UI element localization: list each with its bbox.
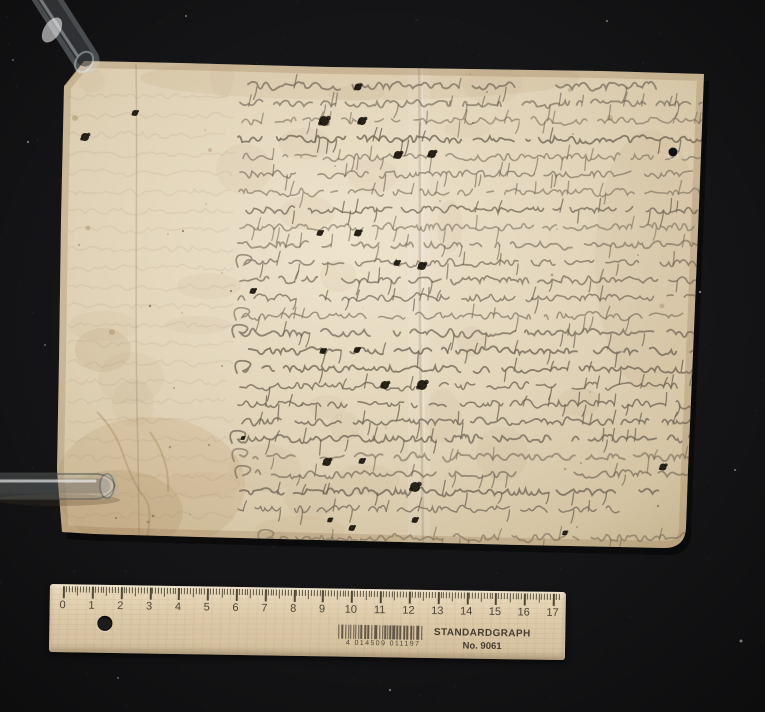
ruler-tick [221,589,222,598]
ruler-tick [377,591,378,597]
ruler-tick [250,589,251,598]
ink-speck [580,462,582,464]
dust-speck [389,689,391,691]
ink-blot-satellite [360,229,363,232]
ruler-tick [524,593,526,605]
ruler-tick [92,587,94,599]
ruler-tick [262,589,263,595]
ink-blot-satellite [363,458,366,461]
ruler-tick [328,590,329,596]
ruler-tick [469,593,470,599]
ink-speck [657,505,659,507]
ink-blot-satellite [358,461,360,463]
ruler-tick [305,590,306,596]
ink-speck [486,91,488,93]
ruler-tick [181,588,182,594]
ruler-tick [164,588,165,597]
ink-blot-satellite [87,133,91,137]
ink-blot-satellite [321,230,324,233]
ink-speck [301,404,303,406]
ink-blot-satellite [136,110,139,113]
ruler-tick [207,588,209,600]
ruler-tick [106,587,107,596]
ink-blot-satellite [357,121,360,124]
ink-speck [406,496,408,498]
ink-speck [189,513,190,514]
ruler-tick [279,590,280,599]
ruler-tick [354,591,355,597]
ruler-tick [492,593,493,599]
ruler-tick [435,592,436,598]
ink-speck [556,228,557,229]
ruler-tick [458,592,459,598]
ruler-tick [357,591,358,597]
ink-speck [381,195,382,196]
barcode-bar [379,625,380,639]
ink-blot-satellite [364,117,368,121]
ruler-hole [97,616,112,631]
ink-speck [204,129,205,130]
ruler-tick [296,590,297,596]
ruler-tick [253,589,254,595]
ruler-tick [69,586,70,592]
dust-speck [606,20,608,22]
ink-speck [230,290,232,292]
ruler-tick [380,591,382,603]
barcode-bar [410,626,412,640]
ruler-number-6: 6 [232,602,238,614]
ink-speck [386,481,387,482]
ink-speck [78,244,80,246]
dust-speck [185,15,187,17]
ink-speck [637,254,639,256]
ruler-tick [412,592,413,598]
dust-speck [734,469,736,471]
ruler-tick [437,592,439,604]
ruler-tick [169,588,170,594]
ink-speck [589,391,591,393]
ruler-tick [475,593,476,599]
ruler-tick [314,590,315,596]
ruler-tick [63,586,65,598]
ruler-number-16: 16 [517,606,529,618]
ruler-tick [466,593,468,605]
ruler-tick [351,591,353,603]
barcode-bars [336,625,430,640]
ruler-tick [256,589,257,595]
mottle-patch [216,144,272,194]
ruler-tick [533,594,534,600]
dust-speck [27,141,29,143]
ruler-tick [547,594,548,600]
ink-blot-satellite [665,463,668,466]
ruler-tick [158,588,159,594]
ruler-tick [449,592,450,598]
ink-blot-satellite [434,150,438,154]
ink-blot-satellite [353,350,355,352]
ruler-tick [443,592,444,598]
barcode-bar [371,625,372,639]
ink-speck [463,433,464,434]
ruler-tick [397,591,398,597]
ruler-tick [472,593,473,599]
barcode-bar [421,626,422,640]
ruler-tick [267,589,268,595]
ruler-number-3: 3 [146,601,152,613]
barcode-bar [399,625,401,639]
ruler-tick [293,590,295,602]
ruler-tick [80,586,81,592]
ruler-tick [138,587,139,593]
ink-speck [659,151,660,152]
ruler-number-15: 15 [489,606,501,618]
ruler-tick [512,593,513,599]
ruler-tick [365,591,366,600]
ruler-tick [224,589,225,595]
ruler-tick [97,587,98,593]
ruler-tick [100,587,101,593]
ruler-tick [276,590,277,596]
ink-blot-satellite [131,113,133,115]
ink-blot-satellite [319,351,321,353]
ruler-tick [71,586,72,592]
ruler-tick [247,589,248,595]
barcode-bar [341,625,343,639]
ruler-tick [345,591,346,597]
ruler-tick [190,588,191,594]
ruler-tick [423,592,424,601]
ruler-tick [498,593,499,599]
ruler-tick [86,587,87,593]
dust-speck [117,677,119,679]
ink-blot-satellite [387,381,391,385]
ruler-tick [83,587,84,593]
ruler-tick [363,591,364,597]
ink-blot-satellite [241,438,243,440]
ruler-tick [233,589,234,595]
ink-blot-satellite [566,530,568,532]
ruler-tick [478,593,479,599]
ruler-number-1: 1 [88,600,94,612]
ink-blot-satellite [322,462,325,465]
ruler-tick [316,590,317,596]
ruler-tick [135,587,136,596]
ruler-tick [509,593,510,602]
ink-speck [564,468,567,471]
ruler-tick [420,592,421,598]
ruler-tick [383,591,384,597]
ink-speck [181,312,182,313]
barcode-bar [384,625,386,639]
ink-blot-satellite [348,528,350,530]
ruler-tick [288,590,289,596]
barcode-bar [406,626,408,640]
ink-speck [149,305,152,308]
ruler-tick [149,588,151,600]
ruler-number-17: 17 [546,607,558,619]
barcode-bar [416,626,419,640]
ruler-tick [112,587,113,593]
ruler-tick [236,589,238,601]
barcode-digits: 4 014509 011197 [336,640,430,648]
barcode-bar [403,626,405,640]
ruler-tick [538,594,539,603]
ruler-tick [270,589,271,595]
ruler-tick [184,588,185,594]
ruler-tick [322,590,324,602]
ruler-tick [417,592,418,598]
ruler-tick [535,594,536,600]
ink-speck [439,200,441,202]
ruler-number-2: 2 [117,600,123,612]
ruler-tick [481,593,482,602]
ruler-tick [527,593,528,599]
ink-blot-satellite [244,436,246,438]
barcode-bar [338,625,339,639]
ruler-tick [319,590,320,596]
ink-blot-satellite [358,347,361,350]
ruler-tick [144,587,145,593]
ruler-tick [429,592,430,598]
ink-blot-satellite [416,386,420,390]
ruler-tick [515,593,516,599]
ruler-tick [334,590,335,596]
ruler-tick [230,589,231,595]
ruler-number-5: 5 [204,601,210,613]
ruler-tick [77,586,78,595]
ruler-tick [308,590,309,599]
ink-speck [287,196,288,197]
ink-blot-satellite [327,520,329,522]
ruler-tick [273,590,274,596]
ruler-tick [118,587,119,593]
ruler-tick [282,590,283,596]
ink-speck [300,156,302,158]
ruler-tick [391,591,392,597]
ruler-tick [487,593,488,599]
ruler-tick [242,589,243,595]
ruler-tick [195,588,196,594]
ink-blot-satellite [659,467,662,470]
ruler-number-11: 11 [374,604,386,616]
ink-speck [385,427,387,429]
ruler-tick [507,593,508,599]
ink-blot-satellite [416,517,419,520]
ruler-tick [371,591,372,597]
ruler-tick [244,589,245,595]
ruler-tick [239,589,240,595]
ink-blot-satellite [324,348,327,351]
ruler-tick [299,590,300,596]
ruler-tick [432,592,433,598]
ruler-tick [302,590,303,596]
ink-blot-satellite [331,517,333,519]
ink-blot-satellite [316,233,318,235]
ruler-tick [348,591,349,597]
ruler-tick [463,592,464,598]
ink-blot-satellite [427,154,430,157]
ink-speck [169,446,172,449]
barcode-bar [364,625,366,639]
ruler-tick [259,589,260,595]
ink-blot-satellite [326,116,331,121]
dust-speck [12,59,14,61]
ink-blot-satellite [353,525,356,528]
ink-blot-satellite [393,155,396,158]
ruler-tick [172,588,173,594]
ruler-number-7: 7 [261,602,267,614]
ruler-tick [556,594,557,600]
mottle-patch [457,326,487,356]
ruler-tick [389,591,390,597]
ruler-tick [291,590,292,596]
ruler-tick [325,590,326,596]
ruler-tick [198,588,199,594]
ink-speck [576,526,578,528]
ink-blot-satellite [398,260,401,263]
ink-blot-satellite [562,533,564,535]
ink-blot-satellite [424,380,429,385]
ink-speck [334,165,336,167]
ruler-tick [213,589,214,595]
ruler-number-4: 4 [175,601,181,613]
ruler-tick [89,587,90,593]
ink-speck [182,230,184,232]
ink-speck [208,444,210,446]
ruler-number-8: 8 [290,603,296,615]
ruler-tick [311,590,312,596]
ink-blot-satellite [424,262,428,266]
barcode-bar [389,625,391,639]
ruler-tick [161,588,162,594]
ruler-tick [167,588,168,594]
ink-blot-satellite [417,266,420,269]
ruler-tick [132,587,133,593]
ruler-tick [155,588,156,594]
ruler-tick [115,587,116,593]
ruler-tick [504,593,505,599]
ruler-tick [521,593,522,599]
ruler-tick [553,594,555,606]
ruler-tick [360,591,361,597]
ruler-tick [146,588,147,594]
ruler-tick [440,592,441,598]
ruler-tick [264,589,266,601]
ruler-number-13: 13 [431,605,443,617]
dust-speck [740,640,743,643]
ruler-tick [337,591,338,600]
ruler-tick [501,593,502,599]
ink-speck [173,387,175,389]
barcode-bar [350,625,351,639]
ink-speck [316,276,318,278]
ruler-tick [484,593,485,599]
ruler-tick [342,591,343,597]
mottle-patch [165,316,231,334]
ruler-tick [544,594,545,600]
ruler-number-14: 14 [460,605,472,617]
ink-blot-satellite [318,122,322,126]
ruler-tick [109,587,110,593]
ink-speck [147,521,150,524]
ruler-tick [455,592,456,598]
barcode-bar [345,625,346,639]
ruler-tick [368,591,369,597]
ruler-number-9: 9 [319,603,325,615]
ruler-tick [192,588,193,597]
ruler-tick [374,591,375,597]
ruler-tick [550,594,551,600]
ink-blot-satellite [80,137,83,140]
ink-speck [152,515,155,518]
ruler-tick [518,593,519,599]
ruler-tick [204,588,205,594]
ruler-tick [406,592,407,598]
ruler-tick [452,592,453,601]
ruler-tick [178,588,180,600]
ink-speck [221,365,223,367]
ruler-tick [175,588,176,594]
ink-blot-satellite [400,151,404,155]
ink-speck [167,233,169,235]
ink-blot-satellite [360,83,363,86]
ruler-tick [340,591,341,597]
glass-weight-left [0,474,120,506]
photo-stage: 01234567891011121314151617 4 014509 0111… [0,0,765,712]
barcode-bar [396,625,398,639]
mottle-patch [68,311,138,341]
dust-speck [699,291,701,293]
ruler-tick [187,588,188,594]
ruler: 01234567891011121314151617 4 014509 0111… [49,584,566,660]
ruler-tick [400,592,401,598]
ruler-tick [331,590,332,596]
ruler-tick [120,587,122,599]
ink-blot-satellite [254,288,257,291]
barcode-bar [367,625,369,639]
barcode-bar [392,625,395,639]
ink-speck [362,307,363,308]
ruler-tick [495,593,497,605]
ink-speck [472,122,474,124]
ink-blot-satellite [393,263,395,265]
mottle-patch [425,389,461,443]
dust-speck [44,344,46,346]
ruler-tick [461,592,462,598]
ink-blot-satellite [380,385,383,388]
ruler-tick [103,587,104,593]
ruler-tick [66,586,67,592]
ruler-tick [414,592,415,598]
barcode-bar [374,625,377,639]
ruler-tick [426,592,427,598]
ruler-tick [123,587,124,593]
barcode-bar [413,626,414,640]
ink-blot-satellite [249,291,251,293]
ruler-tick [227,589,228,595]
ink-speck [551,274,554,277]
ruler-tick [201,588,202,594]
ink-blot-satellite [354,233,357,236]
ruler-tick [285,590,286,596]
ink-blot-satellite [411,520,413,522]
ruler-tick [74,586,75,592]
ruler-tick [218,589,219,595]
ruler-tick [403,592,404,598]
ruler-tick [530,594,531,600]
ruler-tick [559,594,560,600]
ink-blot-satellite [354,87,357,90]
